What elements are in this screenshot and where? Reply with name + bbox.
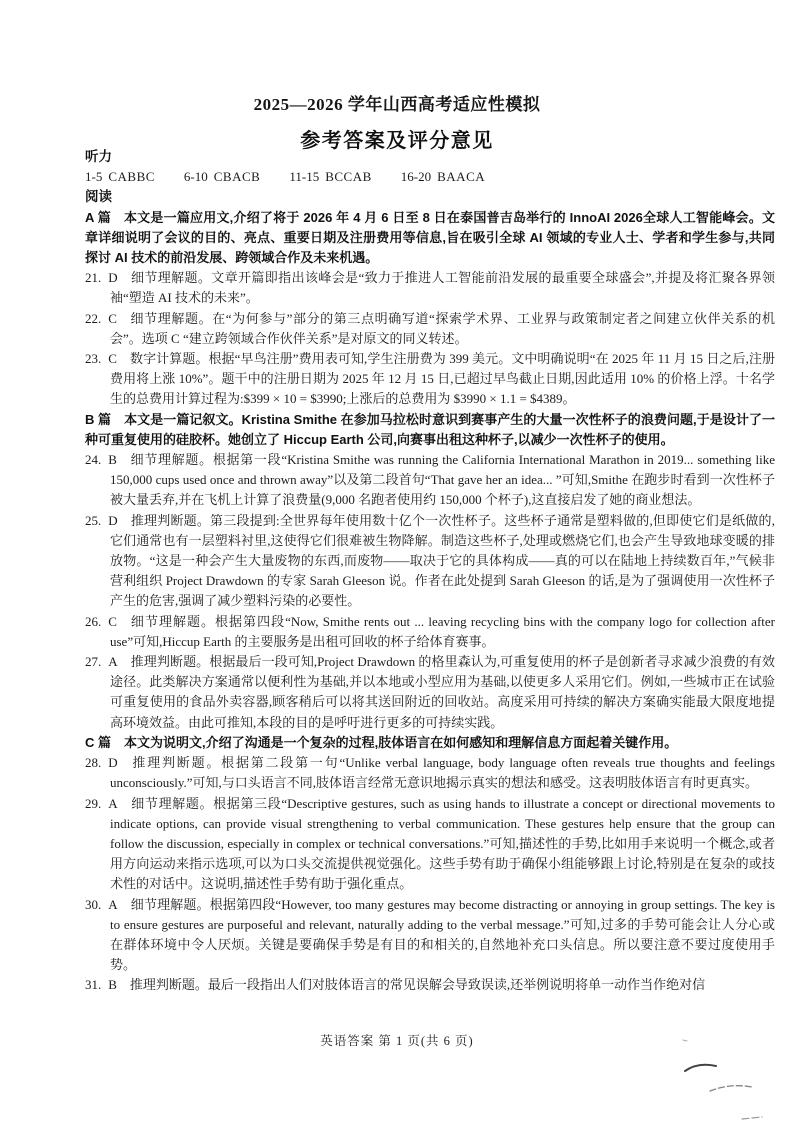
passage-label: C 篇 xyxy=(85,735,111,750)
passage-a-summary: A 篇本文是一篇应用文,介绍了将于 2026 年 4 月 6 日至 8 日在泰国… xyxy=(85,208,775,269)
answer-letter: A xyxy=(108,654,117,669)
item-explanation: 细节理解题。根据第一段“Kristina Smithe was running … xyxy=(110,452,775,507)
answer-letter: C xyxy=(108,614,117,629)
answer-letter: D xyxy=(108,755,117,770)
question-range: 11-15 xyxy=(289,169,319,184)
answer-letters: CABBC xyxy=(108,169,155,184)
item-number: 27. xyxy=(85,654,101,669)
listening-group: 16-20BAACA xyxy=(401,167,485,187)
answer-item-30: 30.A细节理解题。根据第四段“However, too many gestur… xyxy=(85,895,775,976)
answer-letters: CBACB xyxy=(214,169,261,184)
passage-label: B 篇 xyxy=(85,412,111,427)
answer-item-27: 27.A推理判断题。根据最后一段可知,Project Drawdown 的格里森… xyxy=(85,652,775,733)
answer-item-26: 26.C细节理解题。根据第四段“Now, Smithe rents out ..… xyxy=(85,612,775,652)
passage-b-summary: B 篇本文是一篇记叙文。Kristina Smithe 在参加马拉松时意识到赛事… xyxy=(85,410,775,450)
answer-item-25: 25.D推理判断题。第三段提到:全世界每年使用数十亿个一次性杯子。这些杯子通常是… xyxy=(85,511,775,612)
answer-letter: D xyxy=(108,513,117,528)
answer-letters: BCCAB xyxy=(325,169,372,184)
answer-item-22: 22.C细节理解题。在“为何参与”部分的第三点明确写道“探索学术界、工业界与政策… xyxy=(85,309,775,349)
passage-summary-text: 本文是一篇记叙文。Kristina Smithe 在参加马拉松时意识到赛事产生的… xyxy=(85,412,775,447)
answer-letter: B xyxy=(108,452,117,467)
answer-item-31: 31.B推理判断题。最后一段指出人们对肢体语言的常见误解会导致误读,还举例说明将… xyxy=(85,975,775,995)
item-explanation: 细节理解题。根据第四段“However, too many gestures m… xyxy=(110,897,775,973)
answer-item-21: 21.D细节理解题。文章开篇即指出该峰会是“致力于推进人工智能前沿发展的最重要全… xyxy=(85,268,775,308)
listening-group: 11-15BCCAB xyxy=(289,167,371,187)
answer-letter: C xyxy=(108,351,117,366)
item-explanation: 细节理解题。根据第三段“Descriptive gestures, such a… xyxy=(110,796,775,892)
item-number: 25. xyxy=(85,513,101,528)
listening-group: 6-10CBACB xyxy=(184,167,260,187)
answer-letter: A xyxy=(108,796,117,811)
answer-letter: B xyxy=(108,977,117,992)
passage-c-summary: C 篇本文为说明文,介绍了沟通是一个复杂的过程,肢体语言在如何感知和理解信息方面… xyxy=(85,733,775,753)
passage-label: A 篇 xyxy=(85,210,111,225)
exam-title: 2025—2026 学年山西高考适应性模拟 xyxy=(0,90,794,115)
pen-stroke-marks xyxy=(650,1030,790,1123)
item-number: 23. xyxy=(85,351,101,366)
answer-item-29: 29.A细节理解题。根据第三段“Descriptive gestures, su… xyxy=(85,794,775,895)
item-explanation: 推理判断题。根据最后一段可知,Project Drawdown 的格里森认为,可… xyxy=(110,654,775,730)
item-explanation: 推理判断题。第三段提到:全世界每年使用数十亿个一次性杯子。这些杯子通常是塑料做的… xyxy=(110,513,775,609)
listening-answers: 1-5CABBC 6-10CBACB 11-15BCCAB 16-20BAACA xyxy=(85,167,775,187)
item-number: 31. xyxy=(85,977,101,992)
document-header: 2025—2026 学年山西高考适应性模拟 参考答案及评分意见 xyxy=(0,90,794,153)
item-number: 21. xyxy=(85,270,101,285)
answer-item-28: 28.D推理判断题。根据第二段第一句“Unlike verbal languag… xyxy=(85,753,775,793)
item-explanation: 推理判断题。根据第二段第一句“Unlike verbal language, b… xyxy=(110,755,775,790)
item-number: 26. xyxy=(85,614,101,629)
item-number: 29. xyxy=(85,796,101,811)
item-number: 28. xyxy=(85,755,101,770)
question-range: 16-20 xyxy=(401,169,431,184)
listening-heading: 听力 xyxy=(85,147,775,167)
document-page: 2025—2026 学年山西高考适应性模拟 参考答案及评分意见 听力 1-5CA… xyxy=(0,0,794,1123)
answer-letters: BAACA xyxy=(437,169,485,184)
item-explanation: 细节理解题。根据第四段“Now, Smithe rents out ... le… xyxy=(110,614,775,649)
item-explanation: 细节理解题。在“为何参与”部分的第三点明确写道“探索学术界、工业界与政策制定者之… xyxy=(110,311,775,346)
answer-letter: D xyxy=(108,270,117,285)
passage-summary-text: 本文是一篇应用文,介绍了将于 2026 年 4 月 6 日至 8 日在泰国普吉岛… xyxy=(85,210,775,265)
question-range: 1-5 xyxy=(85,169,102,184)
passage-summary-text: 本文为说明文,介绍了沟通是一个复杂的过程,肢体语言在如何感知和理解信息方面起着关… xyxy=(124,735,677,750)
answer-item-24: 24.B细节理解题。根据第一段“Kristina Smithe was runn… xyxy=(85,450,775,511)
item-explanation: 细节理解题。文章开篇即指出该峰会是“致力于推进人工智能前沿发展的最重要全球盛会”… xyxy=(110,270,775,305)
item-number: 30. xyxy=(85,897,101,912)
listening-group: 1-5CABBC xyxy=(85,167,155,187)
item-explanation: 推理判断题。最后一段指出人们对肢体语言的常见误解会导致误读,还举例说明将单一动作… xyxy=(130,977,705,992)
item-explanation: 数字计算题。根据“早鸟注册”费用表可知,学生注册费为 399 美元。文中明确说明… xyxy=(110,351,775,406)
answer-item-23: 23.C数字计算题。根据“早鸟注册”费用表可知,学生注册费为 399 美元。文中… xyxy=(85,349,775,410)
answer-letter: C xyxy=(108,311,117,326)
item-number: 24. xyxy=(85,452,101,467)
answer-letter: A xyxy=(108,897,117,912)
reading-heading: 阅读 xyxy=(85,187,775,207)
item-number: 22. xyxy=(85,311,101,326)
answer-key-body: 听力 1-5CABBC 6-10CBACB 11-15BCCAB 16-20BA… xyxy=(85,147,775,996)
question-range: 6-10 xyxy=(184,169,208,184)
